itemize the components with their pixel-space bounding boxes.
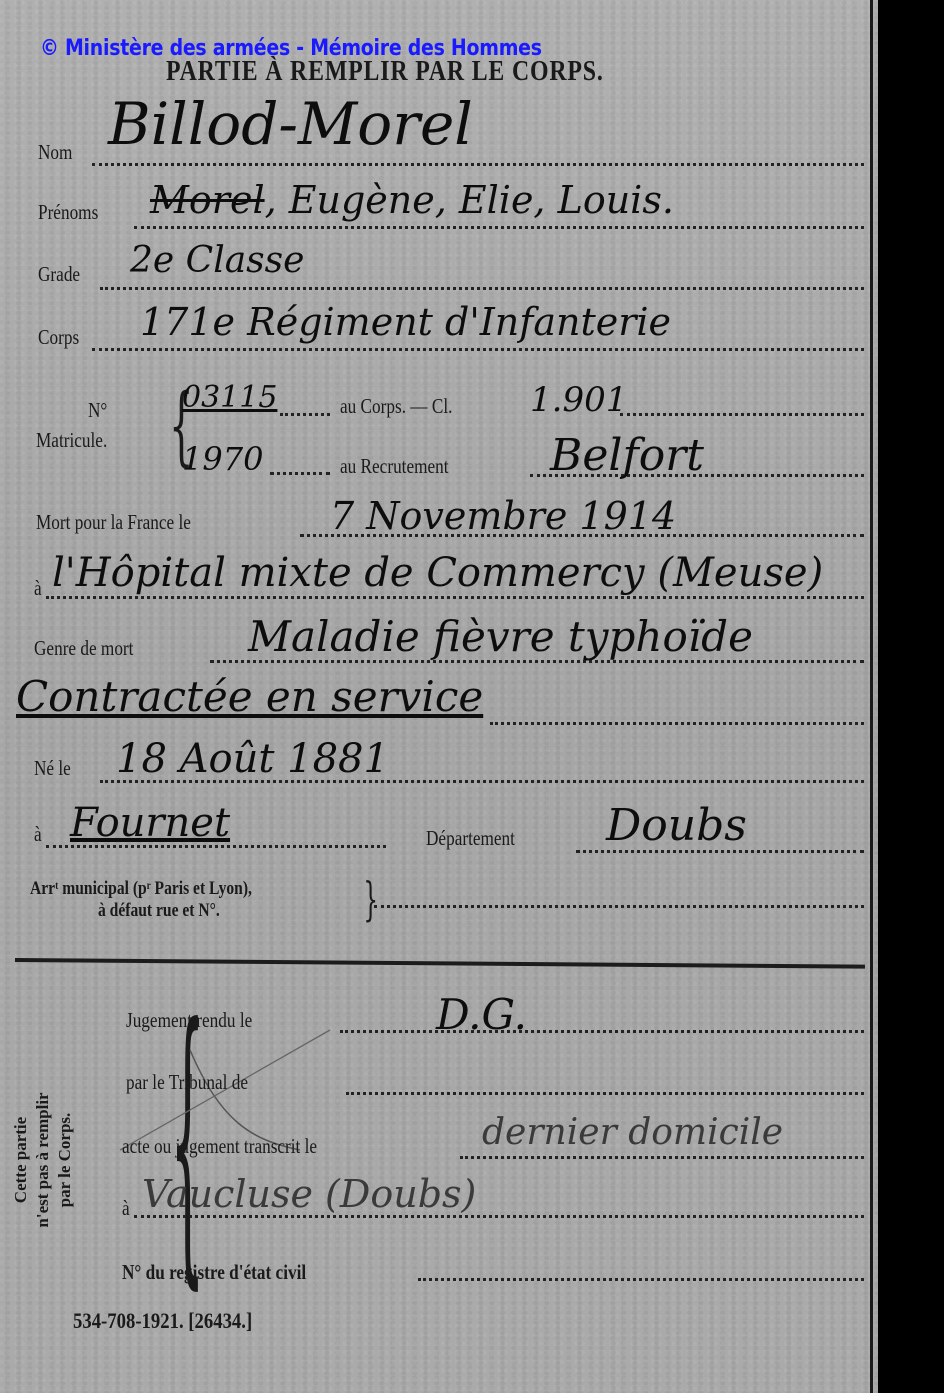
registre-label: N° du registre d'état civil [122,1260,306,1285]
transcrit-value: dernier domicile [482,1112,783,1153]
a-label: à [122,1196,130,1221]
registre-dotted-line [418,1278,864,1281]
jugement-value: D.G. [436,990,527,1039]
a-value: Vaucluse (Doubs) [142,1172,476,1216]
jugement-label: Jugement rendu le [126,1008,252,1033]
tribunal-label: par le Tribunal de [126,1070,248,1095]
death-record-card: PARTIE À REMPLIR PAR LE CORPS. Nom Billo… [0,0,878,1393]
transcrit-label: acte ou jugement transcrit le [122,1134,317,1159]
copyright-watermark: © Ministère des armées - Mémoire des Hom… [40,36,542,61]
jugement-dotted-line [340,1030,864,1033]
print-code: 534-708-1921. [26434.] [73,1308,252,1334]
tribunal-dotted-line [346,1092,864,1095]
transcrit-dotted-line [460,1156,864,1159]
card-edge [870,0,873,1393]
